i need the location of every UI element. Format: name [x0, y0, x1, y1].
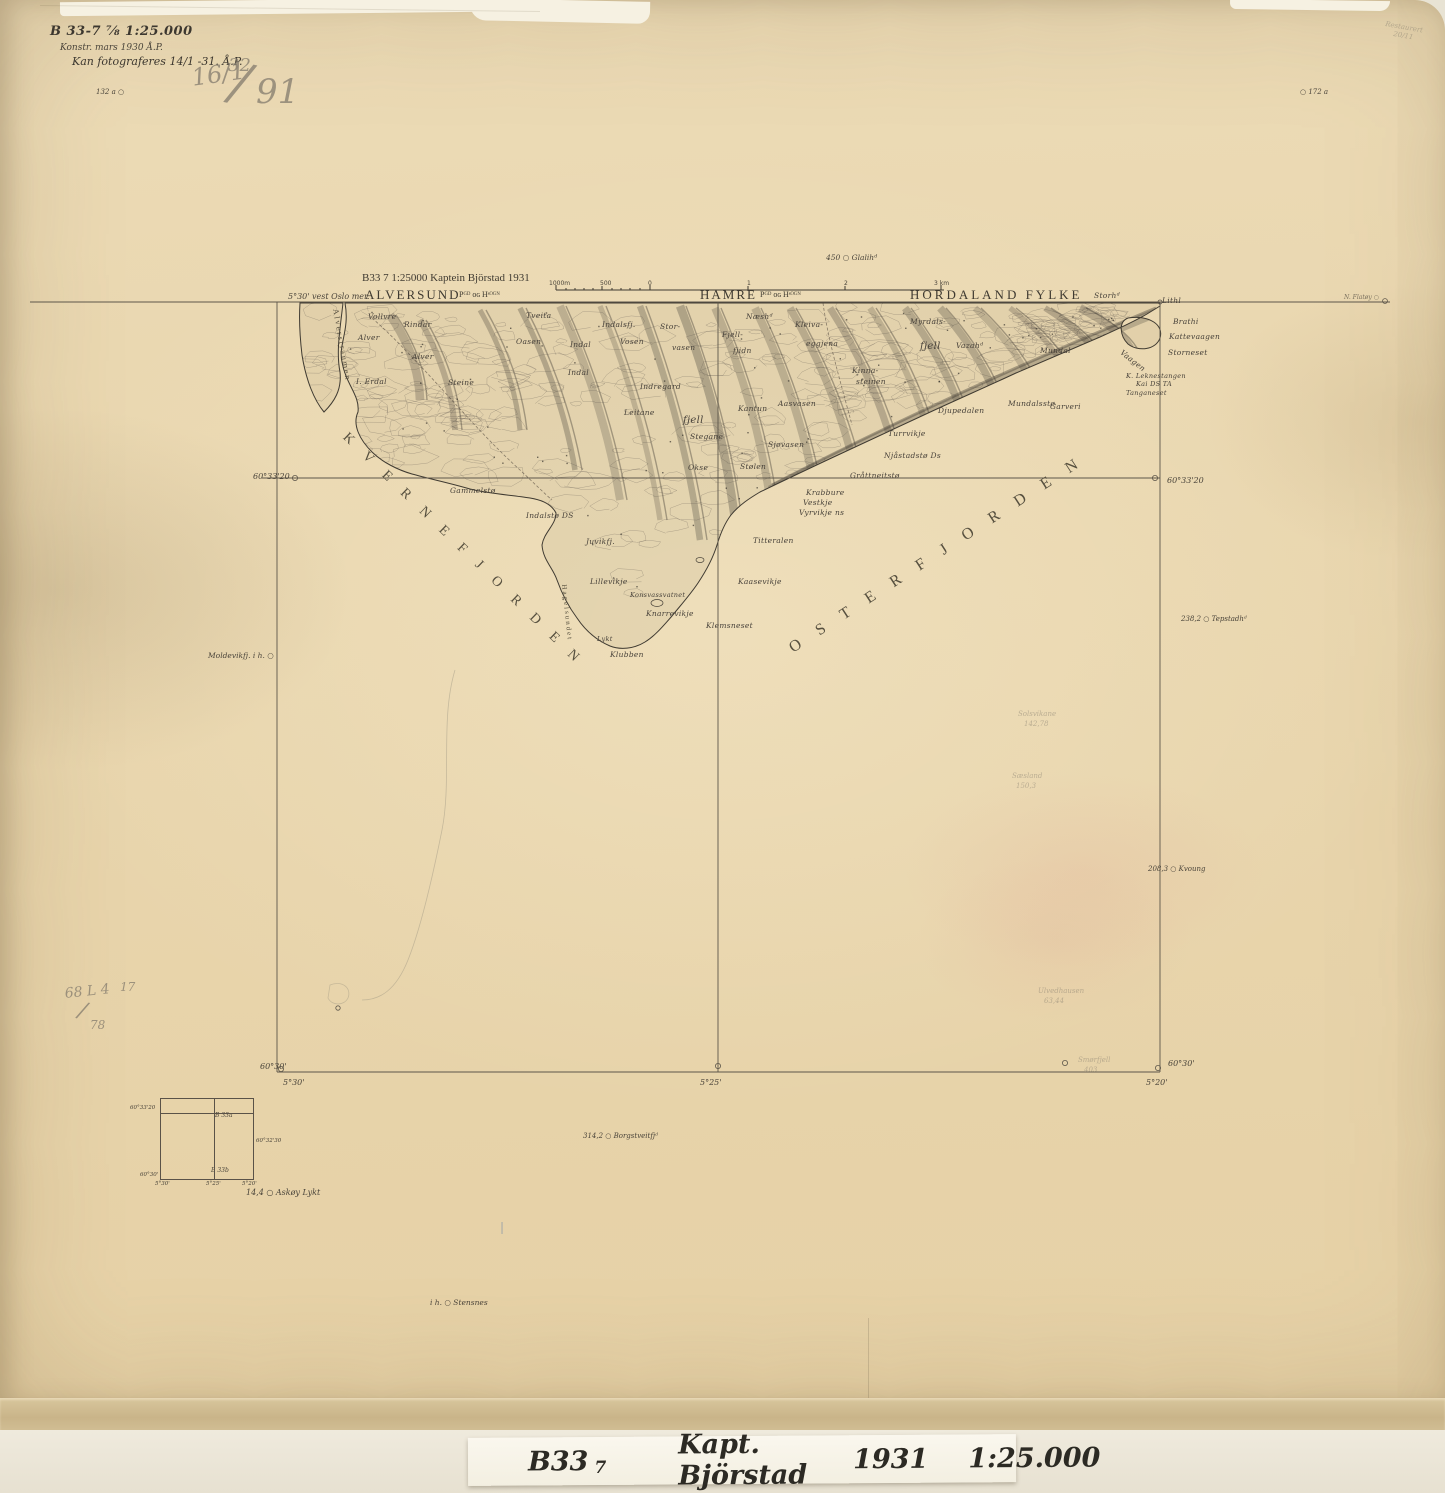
- inset-divider: [214, 1099, 215, 1179]
- map-terrain-graphic: [0, 0, 1445, 1493]
- photo-permission-note: Kan fotograferes 14/1 -31. Å.P.: [72, 55, 242, 68]
- scanned-map-sheet: B 33-7 ⅞ 1:25.000 Konstr. mars 1930 Å.P.…: [0, 0, 1445, 1493]
- label-sheet-number: B33: [528, 1446, 589, 1477]
- label-scale: 1:25.000: [968, 1442, 1100, 1474]
- inset-latitude-line: [161, 1113, 253, 1114]
- archival-notes: B 33-7 ⅞ 1:25.000 Konstr. mars 1930 Å.P.…: [50, 24, 242, 68]
- sheet-id-note: B 33-7 ⅞ 1:25.000: [50, 24, 242, 39]
- construction-note: Konstr. mars 1930 Å.P.: [60, 43, 242, 53]
- sheet-index-inset: [160, 1098, 254, 1180]
- archive-label: B33 7 Kapt. Björstad 1931 1:25.000: [468, 1434, 1016, 1486]
- label-author: Kapt. Björstad: [678, 1429, 807, 1492]
- label-sheet-sub: 7: [594, 1458, 606, 1478]
- label-year: 1931: [853, 1443, 928, 1475]
